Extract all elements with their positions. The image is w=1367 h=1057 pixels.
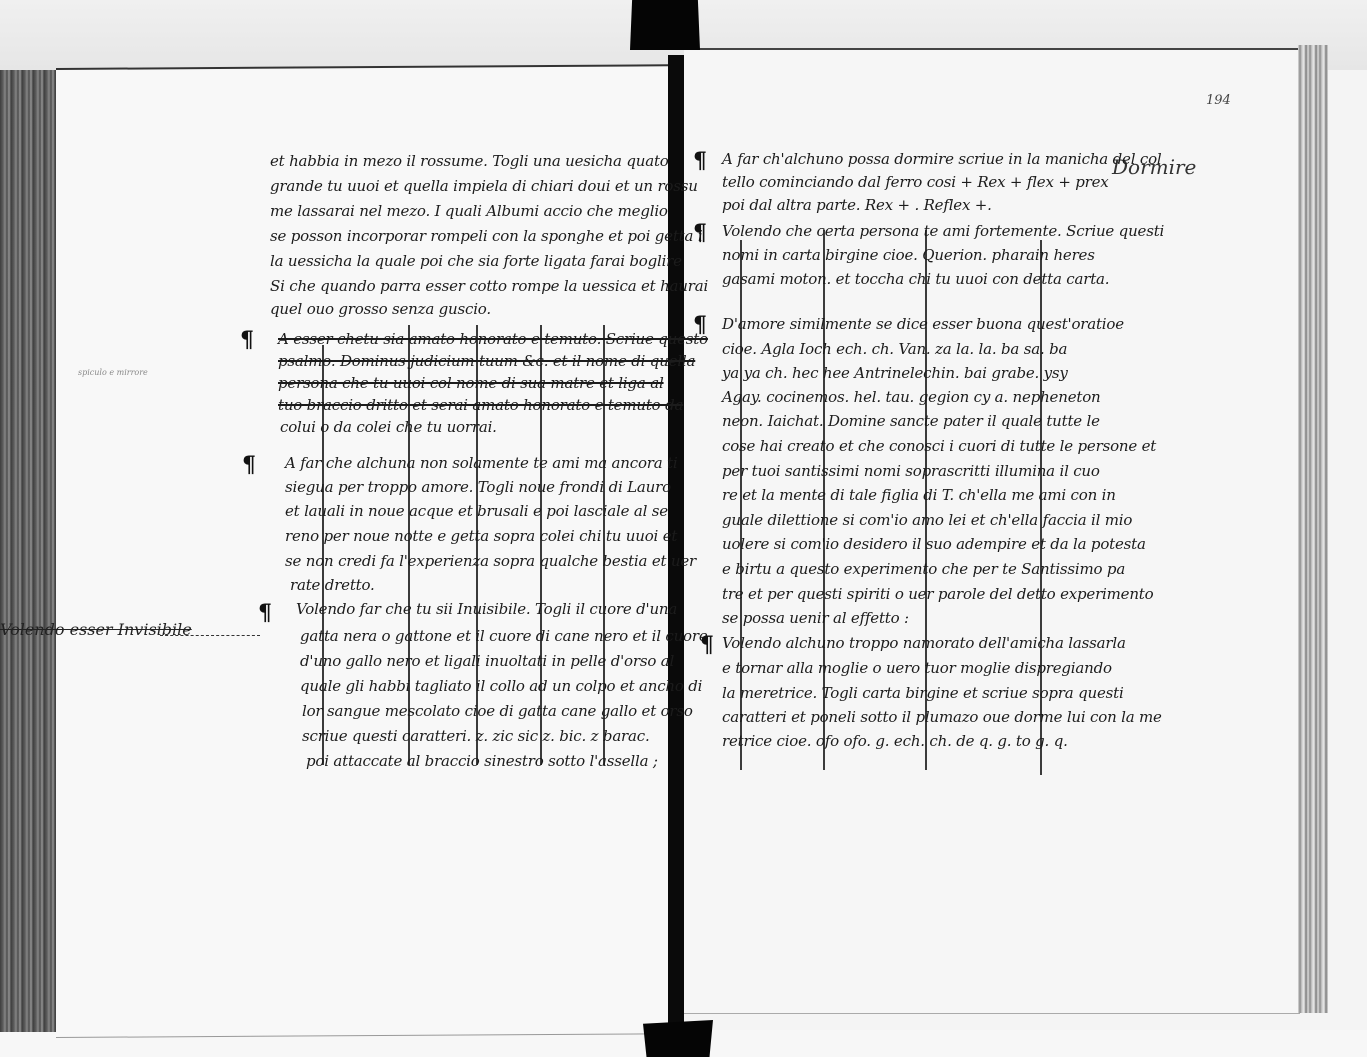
text-line: gasami moton. et toccha chi tu uuoi con … — [722, 270, 1109, 288]
paragraph-mark-icon: ¶ — [693, 148, 707, 174]
text-line: guale dilettione si com'io amo lei et ch… — [722, 511, 1132, 529]
text-line: nomi in carta birgine cioe. Querion. pha… — [722, 246, 1095, 264]
text-line: grande tu uuoi et quella impiela di chia… — [270, 177, 698, 195]
text-line-struck: tuo braccio dritto et serai amato honora… — [278, 396, 683, 414]
paragraph-mark-icon: ¶ — [258, 600, 272, 626]
text-line: Si che quando parra esser cotto rompe la… — [270, 277, 708, 295]
text-line-struck: persona che tu uuoi col nome di sua matr… — [278, 374, 664, 392]
text-line: Agay. cocinemos. hel. tau. gegion cy a. … — [722, 388, 1100, 406]
text-line: tello cominciando dal ferro cosi + Rex +… — [722, 173, 1109, 191]
text-line: la uessicha la quale poi che sia forte l… — [270, 252, 682, 270]
folio-number: 194 — [1206, 93, 1231, 108]
margin-pointer-line — [160, 635, 260, 636]
vertical-ruling-line — [925, 230, 927, 770]
text-line: colui o da colei che tu uorrai. — [280, 418, 497, 436]
text-line: cioe. Agla Ioch ech. ch. Van. za la. la.… — [722, 340, 1067, 358]
right-page-fore-edge — [1298, 45, 1328, 1013]
text-line: la meretrice. Togli carta birgine et scr… — [722, 684, 1124, 702]
text-line: e birtu a questo experimento che per te … — [722, 560, 1125, 578]
text-line: se non credi fa l'experienza sopra qualc… — [285, 552, 696, 570]
text-line: tre et per questi spiriti o uer parole d… — [722, 585, 1153, 603]
text-line: se posson incorporar rompeli con la spon… — [270, 227, 702, 245]
text-line: ya ya ch. hec hee Antrinelechin. bai gra… — [722, 364, 1068, 382]
text-line: A far ch'alchuno possa dormire scriue in… — [722, 150, 1162, 168]
text-line: rate dretto. — [290, 576, 375, 594]
vertical-ruling-line — [476, 325, 478, 765]
text-line: poi attaccate al braccio sinestro sotto … — [306, 752, 658, 770]
text-line: et habbia in mezo il rossume. Togli una … — [270, 152, 669, 170]
paragraph-mark-icon: ¶ — [693, 312, 707, 338]
vertical-ruling-line — [740, 240, 742, 770]
binding-strap-top — [630, 0, 700, 50]
text-line: Volendo far che tu sii Inuisibile. Togli… — [296, 600, 677, 618]
vertical-ruling-line — [408, 325, 410, 765]
text-line: A far che alchuna non solamente te ami m… — [285, 454, 677, 472]
text-line: lor sangue mescolato cioe di gatta cane … — [302, 702, 693, 720]
text-line: gatta nera o gattone et il cuore di cane… — [300, 627, 708, 645]
text-line: poi dal altra parte. Rex + . Reflex +. — [722, 196, 992, 214]
text-line: caratteri et poneli sotto il plumazo oue… — [722, 708, 1162, 726]
text-line: quel ouo grosso senza guscio. — [270, 300, 491, 318]
text-line: me lassarai nel mezo. I quali Albumi acc… — [270, 202, 668, 220]
text-line: se possa uenir al effetto : — [722, 609, 909, 627]
text-line: quale gli habbi tagliato il collo ad un … — [300, 677, 702, 695]
text-line: cose hai creato et che conosci i cuori d… — [722, 437, 1156, 455]
right-page — [684, 48, 1300, 1014]
paragraph-mark-icon: ¶ — [700, 632, 714, 658]
text-line: neon. Iaichat. Domine sancte pater il qu… — [722, 412, 1100, 430]
text-line: reno per noue notte e getta sopra colei … — [285, 527, 677, 545]
text-line-struck: psalmo. Dominus judicium tuum &c. et il … — [278, 352, 695, 370]
text-line: re et la mente di tale figlia di T. ch'e… — [722, 486, 1116, 504]
vertical-ruling-line — [603, 325, 605, 765]
text-line: d'uno gallo nero et ligali inuoltati in … — [300, 652, 674, 670]
text-line: per tuoi santissimi nomi soprascritti il… — [722, 462, 1100, 480]
left-page-fore-edge — [0, 70, 56, 1032]
text-line: Volendo alchuno troppo namorato dell'ami… — [722, 634, 1126, 652]
paragraph-mark-icon: ¶ — [240, 327, 254, 353]
text-line: e tornar alla moglie o uero tuor moglie … — [722, 659, 1112, 677]
left-margin-note-struck: Volendo esser Invisibile — [0, 620, 192, 639]
text-line: D'amore similmente se dice esser buona q… — [722, 315, 1124, 333]
text-line: siegua per troppo amore. Togli noue fron… — [285, 478, 671, 496]
left-margin-note-faint: spiculo e mirrore — [78, 368, 148, 377]
text-line: uolere si com'io desidero il suo adempir… — [722, 535, 1146, 553]
vertical-ruling-line — [540, 325, 542, 765]
binding-strap-bottom — [643, 1020, 713, 1057]
paragraph-mark-icon: ¶ — [693, 220, 707, 246]
paragraph-mark-icon: ¶ — [242, 452, 256, 478]
text-line: Volendo che certa persona te ami forteme… — [722, 222, 1164, 240]
vertical-ruling-line — [823, 230, 825, 770]
text-line: retrice cioe. ofo ofo. g. ech. ch. de q.… — [722, 732, 1068, 750]
vertical-ruling-line — [322, 345, 324, 765]
vertical-ruling-line — [1040, 240, 1042, 775]
text-line-struck: A esser chetu sia amato honorato e temut… — [278, 330, 708, 348]
